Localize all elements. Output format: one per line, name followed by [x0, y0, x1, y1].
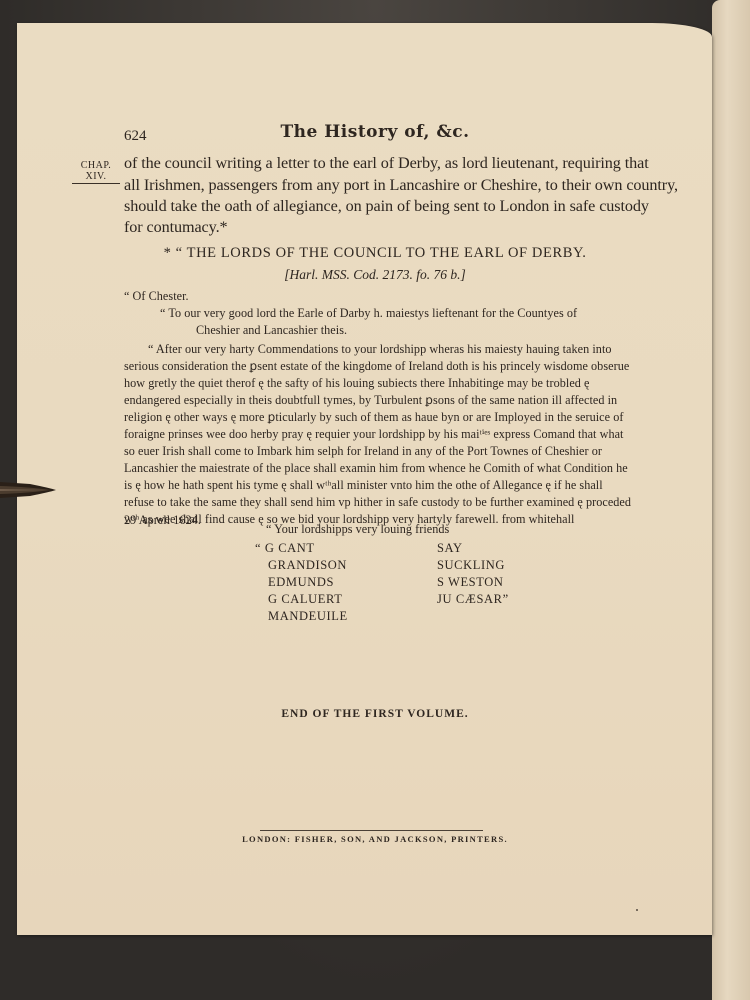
- footnote-reference-text: [Harl. MSS. Cod. 2173. fo. 76 b.]: [284, 267, 466, 282]
- signatory: GRANDISON: [268, 558, 347, 573]
- letter-line: is ę how he hath spent his tyme ę shall …: [124, 478, 603, 493]
- letter-date-line: 29 Aprell 1624.: [124, 513, 201, 528]
- end-of-volume: END OF THE FIRST VOLUME.: [0, 708, 750, 720]
- signatory: EDMUNDS: [268, 575, 334, 590]
- chapter-margin-note: CHAP. XIV.: [72, 160, 120, 182]
- body-line: all Irishmen, passengers from any port i…: [124, 176, 678, 195]
- footnote-title: * “ THE LORDS OF THE COUNCIL TO THE EARL…: [0, 245, 750, 262]
- signatory: G CALUERT: [268, 592, 342, 607]
- signatory: SUCKLING: [437, 558, 505, 573]
- footnote-reference: [Harl. MSS. Cod. 2173. fo. 76 b.]: [0, 267, 750, 283]
- signatory: S WESTON: [437, 575, 504, 590]
- letter-line: Lancashier the maiestrate of the place s…: [124, 461, 628, 476]
- chapter-number: XIV.: [72, 171, 120, 182]
- body-line: should take the oath of allegiance, on p…: [124, 197, 649, 216]
- next-page-edge: [712, 0, 750, 1000]
- body-line: for contumacy.*: [124, 218, 228, 237]
- running-head: The History of, &c.: [0, 122, 750, 142]
- paper-speck: [636, 909, 638, 911]
- signatory: JU CÆSAR”: [437, 592, 509, 607]
- chapter-rule: [72, 183, 120, 184]
- letter-line: “ After our very harty Commendations to …: [148, 342, 612, 357]
- letter-line: refuse to take the same they shall send …: [124, 495, 631, 510]
- printer-imprint: LONDON: FISHER, SON, AND JACKSON, PRINTE…: [0, 834, 750, 844]
- signatory: “ G CANT: [255, 541, 315, 556]
- chapter-label: CHAP.: [72, 160, 120, 171]
- bookmark-ribbon-icon: [0, 478, 56, 502]
- letter-line: foraigne prinses wee doo herby pray ę re…: [124, 427, 624, 442]
- closing-line: “ Your lordshipps very louing friends: [266, 522, 449, 537]
- signatory: MANDEUILE: [268, 609, 348, 624]
- footnote-address-line: Cheshier and Lancashier theis.: [196, 323, 347, 338]
- letter-line: how gretly the quiet therof ę the safty …: [124, 376, 589, 391]
- footnote-address-line: “ To our very good lord the Earle of Dar…: [160, 306, 577, 321]
- imprint-rule: [260, 830, 483, 831]
- footnote-salutation: “ Of Chester.: [124, 289, 189, 304]
- letter-line: religion ę other ways ę more ꝑticularly …: [124, 410, 623, 425]
- letter-line: serious consideration the ꝑsent estate o…: [124, 359, 629, 374]
- letter-line: endangered especially in theis doubtfull…: [124, 393, 617, 408]
- letter-line: so euer Irish shall come to Imbark him s…: [124, 444, 602, 459]
- body-line: of the council writing a letter to the e…: [124, 154, 649, 173]
- signatory: SAY: [437, 541, 463, 556]
